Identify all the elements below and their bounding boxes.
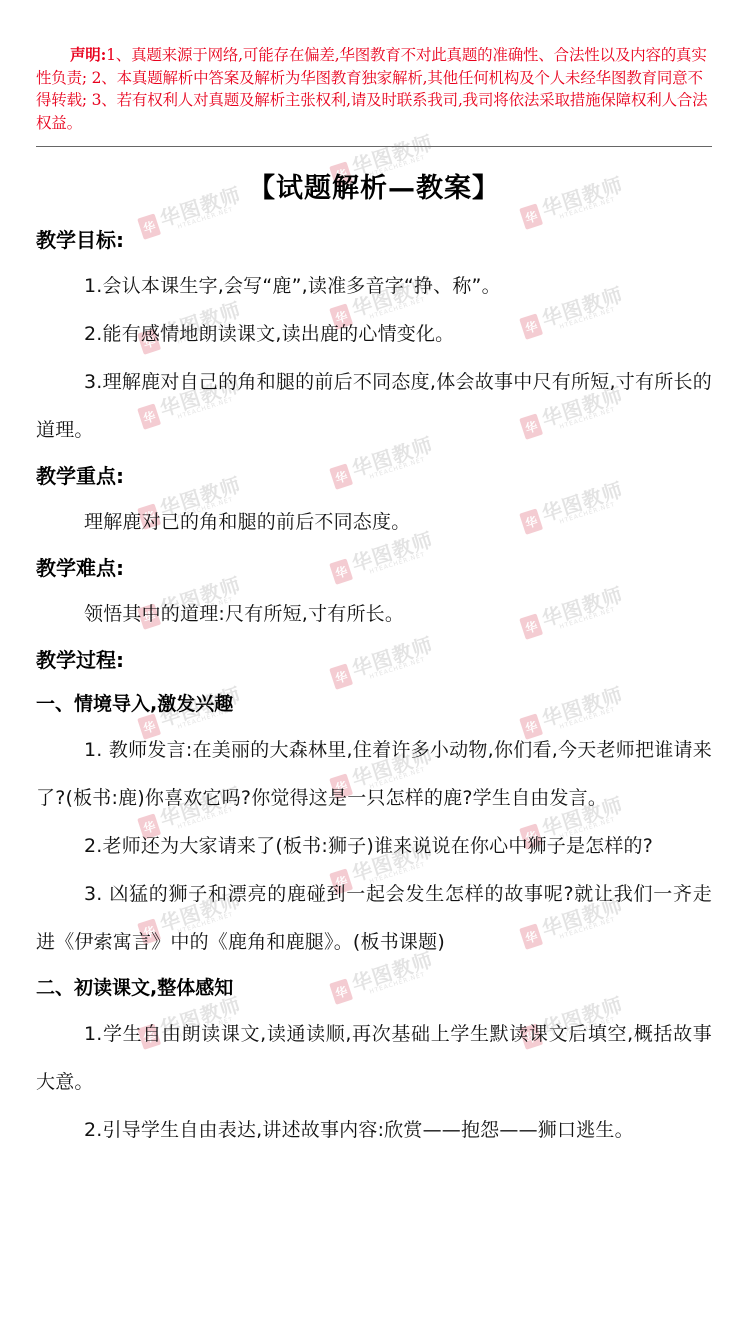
heading-process: 教学过程: (36, 638, 712, 682)
objective-item: 1.会认本课生字,会写“鹿”,读准多音字“挣、称”。 (36, 262, 712, 310)
process-item: 3. 凶猛的狮子和漂亮的鹿碰到一起会发生怎样的故事呢?就让我们一齐走进《伊索寓言… (36, 870, 712, 966)
process-part-heading: 二、初读课文,整体感知 (36, 966, 712, 1010)
document-title: 【试题解析—教案】 (0, 166, 748, 205)
disclaimer-lead: 声明: (70, 45, 106, 64)
disclaimer: 声明:1、真题来源于网络,可能存在偏差,华图教育不对此真题的准确性、合法性以及内… (36, 44, 712, 134)
process-item: 2.老师还为大家请来了(板书:狮子)谁来说说在你心中狮子是怎样的? (36, 822, 712, 870)
heading-difficulty: 教学难点: (36, 546, 712, 590)
difficulty-text: 领悟其中的道理:尺有所短,寸有所长。 (36, 590, 712, 638)
objective-item: 3.理解鹿对自己的角和腿的前后不同态度,体会故事中尺有所短,寸有所长的道理。 (36, 358, 712, 454)
objective-item: 2.能有感情地朗读课文,读出鹿的心情变化。 (36, 310, 712, 358)
document-page: 华 华图教师HTEACHER.NET 华 华图教师HTEACHER.NET 华 … (0, 0, 748, 1335)
disclaimer-text: 1、真题来源于网络,可能存在偏差,华图教育不对此真题的准确性、合法性以及内容的真… (36, 46, 707, 132)
heading-key-point: 教学重点: (36, 454, 712, 498)
heading-objectives: 教学目标: (36, 218, 712, 262)
process-part-heading: 一、情境导入,激发兴趣 (36, 682, 712, 726)
separator-line (36, 146, 712, 147)
process-item: 2.引导学生自由表达,讲述故事内容:欣赏——抱怨——狮口逃生。 (36, 1106, 712, 1154)
process-item: 1.学生自由朗读课文,读通读顺,再次基础上学生默读课文后填空,概括故事大意。 (36, 1010, 712, 1106)
lesson-plan-body: 教学目标: 1.会认本课生字,会写“鹿”,读准多音字“挣、称”。 2.能有感情地… (36, 218, 712, 1154)
process-item: 1. 教师发言:在美丽的大森林里,住着许多小动物,你们看,今天老师把谁请来了?(… (36, 726, 712, 822)
key-point-text: 理解鹿对已的角和腿的前后不同态度。 (36, 498, 712, 546)
